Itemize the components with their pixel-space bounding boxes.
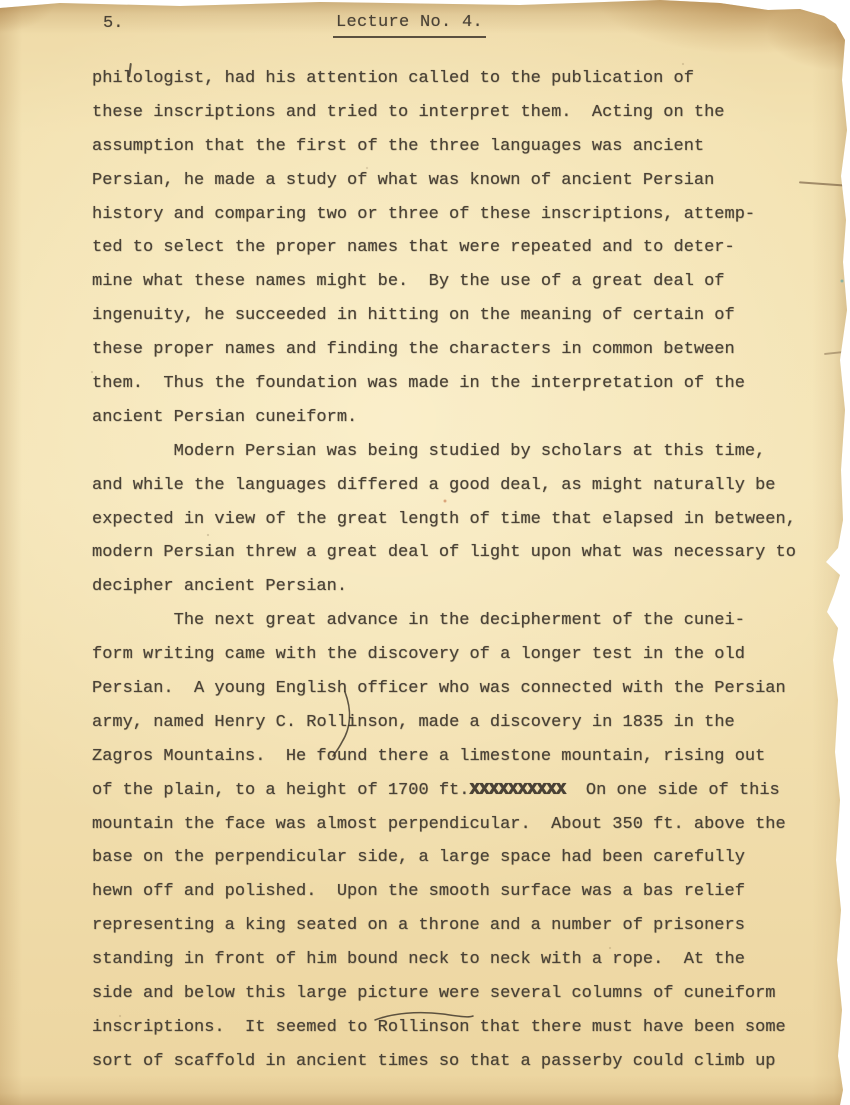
text-line: ancient Persian cuneiform. (92, 401, 832, 435)
line-segment: Rollinson (306, 713, 398, 732)
text-line: ted to select the proper names that were… (92, 231, 832, 265)
text-line: mountain the face was almost perpendicul… (92, 808, 832, 842)
page-number: 5. (103, 13, 123, 35)
annotated-name: Rollinson (306, 706, 398, 740)
text-line: army, named Henry C. Rollinson, made a d… (92, 706, 832, 740)
text-line: of the plain, to a height of 1700 ft.XXX… (92, 774, 832, 808)
text-line: Persian, he made a study of what was kno… (92, 164, 832, 198)
text-line: these inscriptions and tried to interpre… (92, 96, 832, 130)
line-segment: inscriptions. It seemed to (92, 1018, 378, 1037)
line-segment: army, named Henry C. (92, 713, 306, 732)
text-line: The next great advance in the decipherme… (92, 604, 832, 638)
text-line: these proper names and finding the chara… (92, 333, 832, 367)
line-segment: that there must have been some (469, 1018, 785, 1037)
text-line: mine what these names might be. By the u… (92, 265, 832, 299)
text-line: side and below this large picture were s… (92, 977, 832, 1011)
text-line: hewn off and polished. Upon the smooth s… (92, 875, 832, 909)
text-line: philologist, had his attention called to… (92, 62, 832, 96)
document-page: 5. Lecture No. 4. philologist, had his a… (0, 0, 850, 1105)
text-line: representing a king seated on a throne a… (92, 909, 832, 943)
body-text: philologist, had his attention called to… (92, 62, 832, 1079)
text-line: Persian. A young English officer who was… (92, 672, 832, 706)
text-line: history and comparing two or three of th… (92, 198, 832, 232)
text-line: Zagros Mountains. He found there a limes… (92, 740, 832, 774)
text-line: ingenuity, he succeeded in hitting on th… (92, 299, 832, 333)
line-segment: Rollinson (378, 1018, 470, 1037)
text-line: and while the languages differed a good … (92, 469, 832, 503)
typed-strikeout: XXXXXXXXXX (469, 781, 565, 800)
text-line: them. Thus the foundation was made in th… (92, 367, 832, 401)
text-line: assumption that the first of the three l… (92, 130, 832, 164)
text-line: modern Persian threw a great deal of lig… (92, 536, 832, 570)
text-line: Modern Persian was being studied by scho… (92, 435, 832, 469)
line-segment: of the plain, to a height of 1700 ft. (92, 781, 469, 800)
text-line: form writing came with the discovery of … (92, 638, 832, 672)
line-segment: , made a discovery in 1835 in the (398, 713, 735, 732)
text-line: decipher ancient Persian. (92, 570, 832, 604)
text-line: base on the perpendicular side, a large … (92, 841, 832, 875)
text-line: standing in front of him bound neck to n… (92, 943, 832, 977)
scan-background: 5. Lecture No. 4. philologist, had his a… (0, 0, 850, 1105)
annotated-name: Rollinson (378, 1011, 470, 1045)
text-line: sort of scaffold in ancient times so tha… (92, 1045, 832, 1079)
page-title: Lecture No. 4. (333, 12, 486, 38)
text-line: expected in view of the great length of … (92, 503, 832, 537)
text-line: inscriptions. It seemed to Rollinson tha… (92, 1011, 832, 1045)
line-segment: On one side of this (566, 781, 780, 800)
